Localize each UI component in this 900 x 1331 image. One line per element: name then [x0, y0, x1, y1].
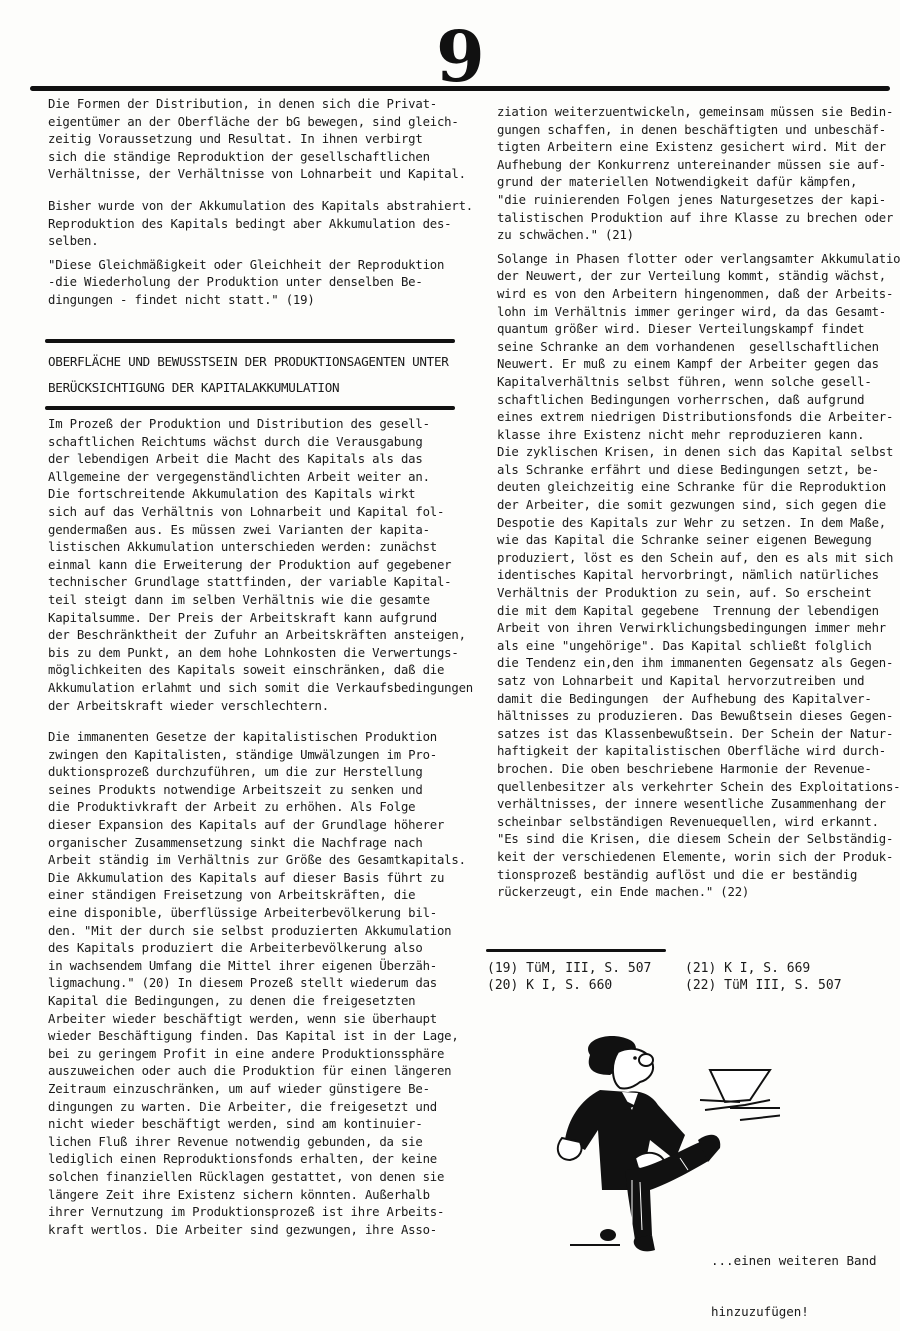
text-line: als eine "ungehörige". Das Kapital schli… [497, 638, 900, 656]
text-line: Die zyklischen Krisen, in denen sich das… [497, 444, 900, 462]
text-line: als Schranke erfährt und diese Bedingung… [497, 462, 900, 480]
text-line: Arbeit ständig im Verhältnis zur Größe d… [48, 852, 473, 870]
text-line: Verhältnis der Produktion zu sein, auf. … [497, 585, 900, 603]
text-line: brochen. Die oben beschriebene Harmonie … [497, 761, 900, 779]
text-line: solchen finanziellen Rücklagen gestattet… [48, 1169, 473, 1187]
text-line: zwingen den Kapitalisten, ständige Umwäl… [48, 747, 473, 765]
caption-line: hinzuzufügen! [711, 1303, 877, 1320]
text-line: Solange in Phasen flotter oder verlangsa… [497, 251, 900, 269]
section-heading-line-1: OBERFLÄCHE UND BEWUSSTSEIN DER PRODUKTIO… [48, 354, 449, 369]
text-line: haftigkeit der kapitalistischen Oberfläc… [497, 743, 900, 761]
text-line: Zeitraum einzuschränken, um auf wieder g… [48, 1081, 473, 1099]
text-line: Neuwert. Er muß zu einem Kampf der Arbei… [497, 356, 900, 374]
text-line: Verhältnisse, der Verhältnisse von Lohna… [48, 166, 473, 184]
header-rule [30, 86, 890, 91]
cartoon-caption: ...einen weiteren Band hinzuzufügen! [711, 1218, 877, 1331]
text-line: die mit dem Kapital gegebene Trennung de… [497, 603, 900, 621]
right-column-body: ziation weiterzuentwickeln, gemeinsam mü… [497, 104, 900, 902]
text-line: deuten gleichzeitig eine Schranke für di… [497, 479, 900, 497]
text-line: zu schwächen." (21) [497, 227, 900, 245]
text-line: eigentümer an der Oberfläche der bG bewe… [48, 114, 473, 132]
text-line: Die Akkumulation des Kapitals auf dieser… [48, 870, 473, 888]
text-line: Arbeiter wieder beschäftigt werden, wenn… [48, 1011, 473, 1029]
text-line: Akkumulation erlahmt und sich somit die … [48, 680, 473, 698]
text-line: ziation weiterzuentwickeln, gemeinsam mü… [497, 104, 900, 122]
text-line: gungen schaffen, in denen beschäftigten … [497, 122, 900, 140]
text-line: satzes ist das Klassenbewußtsein. Der Sc… [497, 726, 900, 744]
text-line: Die immanenten Gesetze der kapitalistisc… [48, 729, 473, 747]
left-column-body: Im Prozeß der Produktion und Distributio… [48, 416, 473, 1239]
text-line: den. "Mit der durch sie selbst produzier… [48, 923, 473, 941]
text-line: lediglich einen Reproduktionsfonds erhal… [48, 1151, 473, 1169]
text-line: bis zu dem Punkt, an dem hohe Lohnkosten… [48, 645, 473, 663]
text-line: der lebendigen Arbeit die Macht des Kapi… [48, 451, 473, 469]
text-line: Allgemeine der vergegenständlichten Arbe… [48, 469, 473, 487]
text-line: satz von Lohnarbeit und Kapital hervorzu… [497, 673, 900, 691]
text-line: sich die ständige Reproduktion der gesel… [48, 149, 473, 167]
section-rule-bottom [45, 406, 455, 410]
footnote-rule [486, 949, 666, 952]
text-line: Kapitalverhältnis selbst führen, wenn so… [497, 374, 900, 392]
text-line: zeitig Voraussetzung und Resultat. In ih… [48, 131, 473, 149]
text-line: Kapitalsumme. Der Preis der Arbeitskraft… [48, 610, 473, 628]
text-line: "die ruinierenden Folgen jenes Naturgese… [497, 192, 900, 210]
text-line: lohn im Verhältnis immer geringer wird, … [497, 304, 900, 322]
text-line: scheinbar selbständigen Revenuequellen, … [497, 814, 900, 832]
text-line: kraft wertlos. Die Arbeiter sind gezwung… [48, 1222, 473, 1240]
quote-line: dingungen - findet nicht statt." (19) [48, 292, 473, 310]
text-line: sich auf das Verhältnis von Lohnarbeit u… [48, 504, 473, 522]
left-column-intro: Die Formen der Distribution, in denen si… [48, 96, 473, 310]
page-number: 9 [436, 22, 485, 92]
text-line: identisches Kapital hervorbringt, nämlic… [497, 567, 900, 585]
text-line: die Produktivkraft der Arbeit zu erhöhen… [48, 799, 473, 817]
text-line: möglichkeiten des Kapitals soweit einsch… [48, 662, 473, 680]
text-line: damit die Bedingungen der Aufhebung des … [497, 691, 900, 709]
text-line: wird es von den Arbeitern hingenommen, d… [497, 286, 900, 304]
text-line: der Arbeitskraft wieder verschlechtern. [48, 698, 473, 716]
section-rule-top [45, 339, 455, 343]
text-line: in wachsendem Umfang die Mittel ihrer ei… [48, 958, 473, 976]
text-line: Die fortschreitende Akkumulation des Kap… [48, 486, 473, 504]
text-line: organischer Zusammensetzung sinkt die Na… [48, 835, 473, 853]
footnote-21: (21) K I, S. 669 [685, 960, 810, 977]
text-line: auszuweichen oder auch die Produktion fü… [48, 1063, 473, 1081]
text-line: der Arbeiter, die somit gezwungen sind, … [497, 497, 900, 515]
text-line: die Tendenz ein,den ihm immanenten Gegen… [497, 655, 900, 673]
text-line: nicht wieder beschäftigt werden, sind am… [48, 1116, 473, 1134]
text-line: gendermaßen aus. Es müssen zwei Variante… [48, 522, 473, 540]
text-line: der Beschränktheit der Zufuhr an Arbeits… [48, 627, 473, 645]
text-line: listischen Akkumulation unterschieden we… [48, 539, 473, 557]
text-line: schaftlichen Reichtums wächst durch die … [48, 434, 473, 452]
text-line: duktionsprozeß durchzuführen, um die zur… [48, 764, 473, 782]
footnote-20: (20) K I, S. 660 [487, 977, 612, 994]
text-line: einer ständigen Freisetzung von Arbeitsk… [48, 887, 473, 905]
text-line: tigten Arbeitern eine Existenz gesichert… [497, 139, 900, 157]
text-line: dingungen zu warten. Die Arbeiter, die f… [48, 1099, 473, 1117]
text-line: quantum größer wird. Dieser Verteilungsk… [497, 321, 900, 339]
quote-line: "Diese Gleichmäßigkeit oder Gleichheit d… [48, 257, 473, 275]
text-line: keit der verschiedenen Elemente, worin s… [497, 849, 900, 867]
text-line: hältnisses zu produzieren. Das Bewußtsei… [497, 708, 900, 726]
section-heading-line-2: BERÜCKSICHTIGUNG DER KAPITALAKKUMULATION [48, 380, 339, 395]
text-line: teil steigt dann im selben Verhältnis wi… [48, 592, 473, 610]
text-line: wieder Beschäftigung finden. Das Kapital… [48, 1028, 473, 1046]
text-line: ligmachung." (20) In diesem Prozeß stell… [48, 975, 473, 993]
text-line: produziert, löst es den Schein auf, den … [497, 550, 900, 568]
text-line: ihrer Vernutzung im Produktionsprozeß is… [48, 1204, 473, 1222]
text-line: lichen Fluß ihrer Revenue notwendig gebu… [48, 1134, 473, 1152]
text-line: technischer Grundlage stattfinden, der v… [48, 574, 473, 592]
text-line: dieser Expansion des Kapitals auf der Gr… [48, 817, 473, 835]
text-line: grund der materiellen Notwendigkeit dafü… [497, 174, 900, 192]
text-line: selben. [48, 233, 473, 251]
text-line: rückerzeugt, ein Ende machen." (22) [497, 884, 900, 902]
text-line: "Es sind die Krisen, die diesem Schein d… [497, 831, 900, 849]
text-line: verhältnisses, der innere wesentliche Zu… [497, 796, 900, 814]
text-line: Despotie des Kapitals zur Wehr zu setzen… [497, 515, 900, 533]
text-line: talistischen Produktion auf ihre Klasse … [497, 210, 900, 228]
text-line: bei zu geringem Profit in eine andere Pr… [48, 1046, 473, 1064]
text-line: Reproduktion des Kapitals bedingt aber A… [48, 216, 473, 234]
text-line: Arbeit von ihren Verwirklichungsbedingun… [497, 620, 900, 638]
text-line: quellenbesitzer als verkehrter Schein de… [497, 779, 900, 797]
text-line: Die Formen der Distribution, in denen si… [48, 96, 473, 114]
caption-line: ...einen weiteren Band [711, 1252, 877, 1269]
text-line: längere Zeit ihre Existenz sichern könnt… [48, 1187, 473, 1205]
text-line: eine disponible, überflüssige Arbeiterbe… [48, 905, 473, 923]
text-line: einmal kann die Erweiterung der Produkti… [48, 557, 473, 575]
text-line: tionsprozeß beständig auflöst und die er… [497, 867, 900, 885]
text-line: Aufhebung der Konkurrenz untereinander m… [497, 157, 900, 175]
footnote-22: (22) TüM III, S. 507 [685, 977, 842, 994]
text-line: wie das Kapital die Schranke seiner eige… [497, 532, 900, 550]
text-line: Kapital die Bedingungen, zu denen die fr… [48, 993, 473, 1011]
text-line: Bisher wurde von der Akkumulation des Ka… [48, 198, 473, 216]
text-line: des Kapitals produziert die Arbeiterbevö… [48, 940, 473, 958]
text-line: schaftlichen Bedingungen vorherrschen, d… [497, 392, 900, 410]
quote-line: -die Wiederholung der Produktion unter d… [48, 274, 473, 292]
footnote-19: (19) TüM, III, S. 507 [487, 960, 651, 977]
text-line: klasse ihre Existenz nicht mehr reproduz… [497, 427, 900, 445]
text-line: seines Produkts notwendige Arbeitszeit z… [48, 782, 473, 800]
text-line: eines extrem niedrigen Distributionsfond… [497, 409, 900, 427]
text-line: der Neuwert, der zur Verteilung kommt, s… [497, 268, 900, 286]
text-line: seine Schranke an dem vorhandenen gesell… [497, 339, 900, 357]
text-line: Im Prozeß der Produktion und Distributio… [48, 416, 473, 434]
